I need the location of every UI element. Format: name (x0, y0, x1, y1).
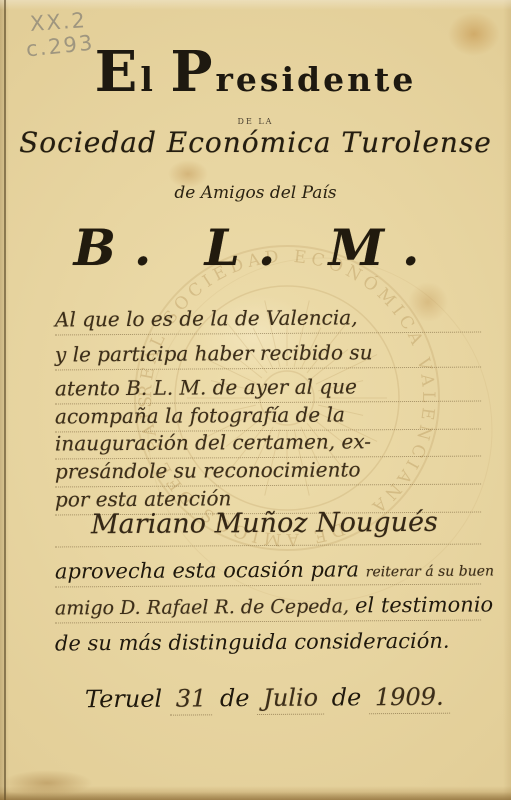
page-title: El Presidente (0, 52, 511, 99)
body-line: atento B. L. M. de ayer al que (55, 374, 481, 405)
body-line: y le participa haber recibido su (55, 340, 481, 371)
dateline: Teruel 31 de Julio de 1909. (85, 683, 435, 716)
dateline-year: 1909. (369, 683, 450, 715)
printed-phrase: aprovecha esta ocasión para (55, 557, 359, 583)
printed-phrase: el testimonio (355, 592, 493, 617)
dateline-day: 31 (170, 684, 213, 715)
society-subname: de Amigos del País (0, 183, 511, 203)
dateline-place: Teruel (85, 685, 162, 714)
paper-bottom-edge (0, 792, 511, 800)
dateline-de: de (220, 684, 250, 712)
subtitle-de-la: DE LA (0, 117, 511, 126)
dateline-de: de (332, 683, 362, 711)
title-word-el: El (95, 52, 156, 99)
closing-line-2: amigo D. Rafael R. de Cepeda, el testimo… (55, 593, 481, 624)
society-name: Sociedad Económica Turolense (0, 126, 511, 159)
scanned-document: REAL SOCIEDAD ECONÓMICA VALENCIANA · DE … (0, 0, 511, 800)
salutation-blm: B. L. M. (0, 218, 511, 277)
closing-line-1: aprovecha esta ocasión para reiterar á s… (55, 557, 481, 588)
body-line: acompaña la fotografía de la (55, 402, 481, 433)
dateline-month: Julio (257, 684, 324, 715)
body-line: presándole su reconocimiento (55, 457, 481, 488)
title-word-presidente: Presidente (170, 52, 416, 99)
body-line: inauguración del certamen, ex- (55, 429, 481, 460)
closing-line-3: de su más distinguida consideración. (55, 629, 481, 659)
handwritten-insert: amigo D. Rafael R. de Cepeda, (55, 595, 349, 619)
printed-phrase: de su más distinguida consideración. (55, 629, 450, 656)
signature-name: Mariano Muñoz Nougués (55, 507, 481, 548)
handwritten-insert: reiterar á su buen (366, 563, 494, 580)
body-line: Al que lo es de la de Valencia, (55, 305, 481, 336)
